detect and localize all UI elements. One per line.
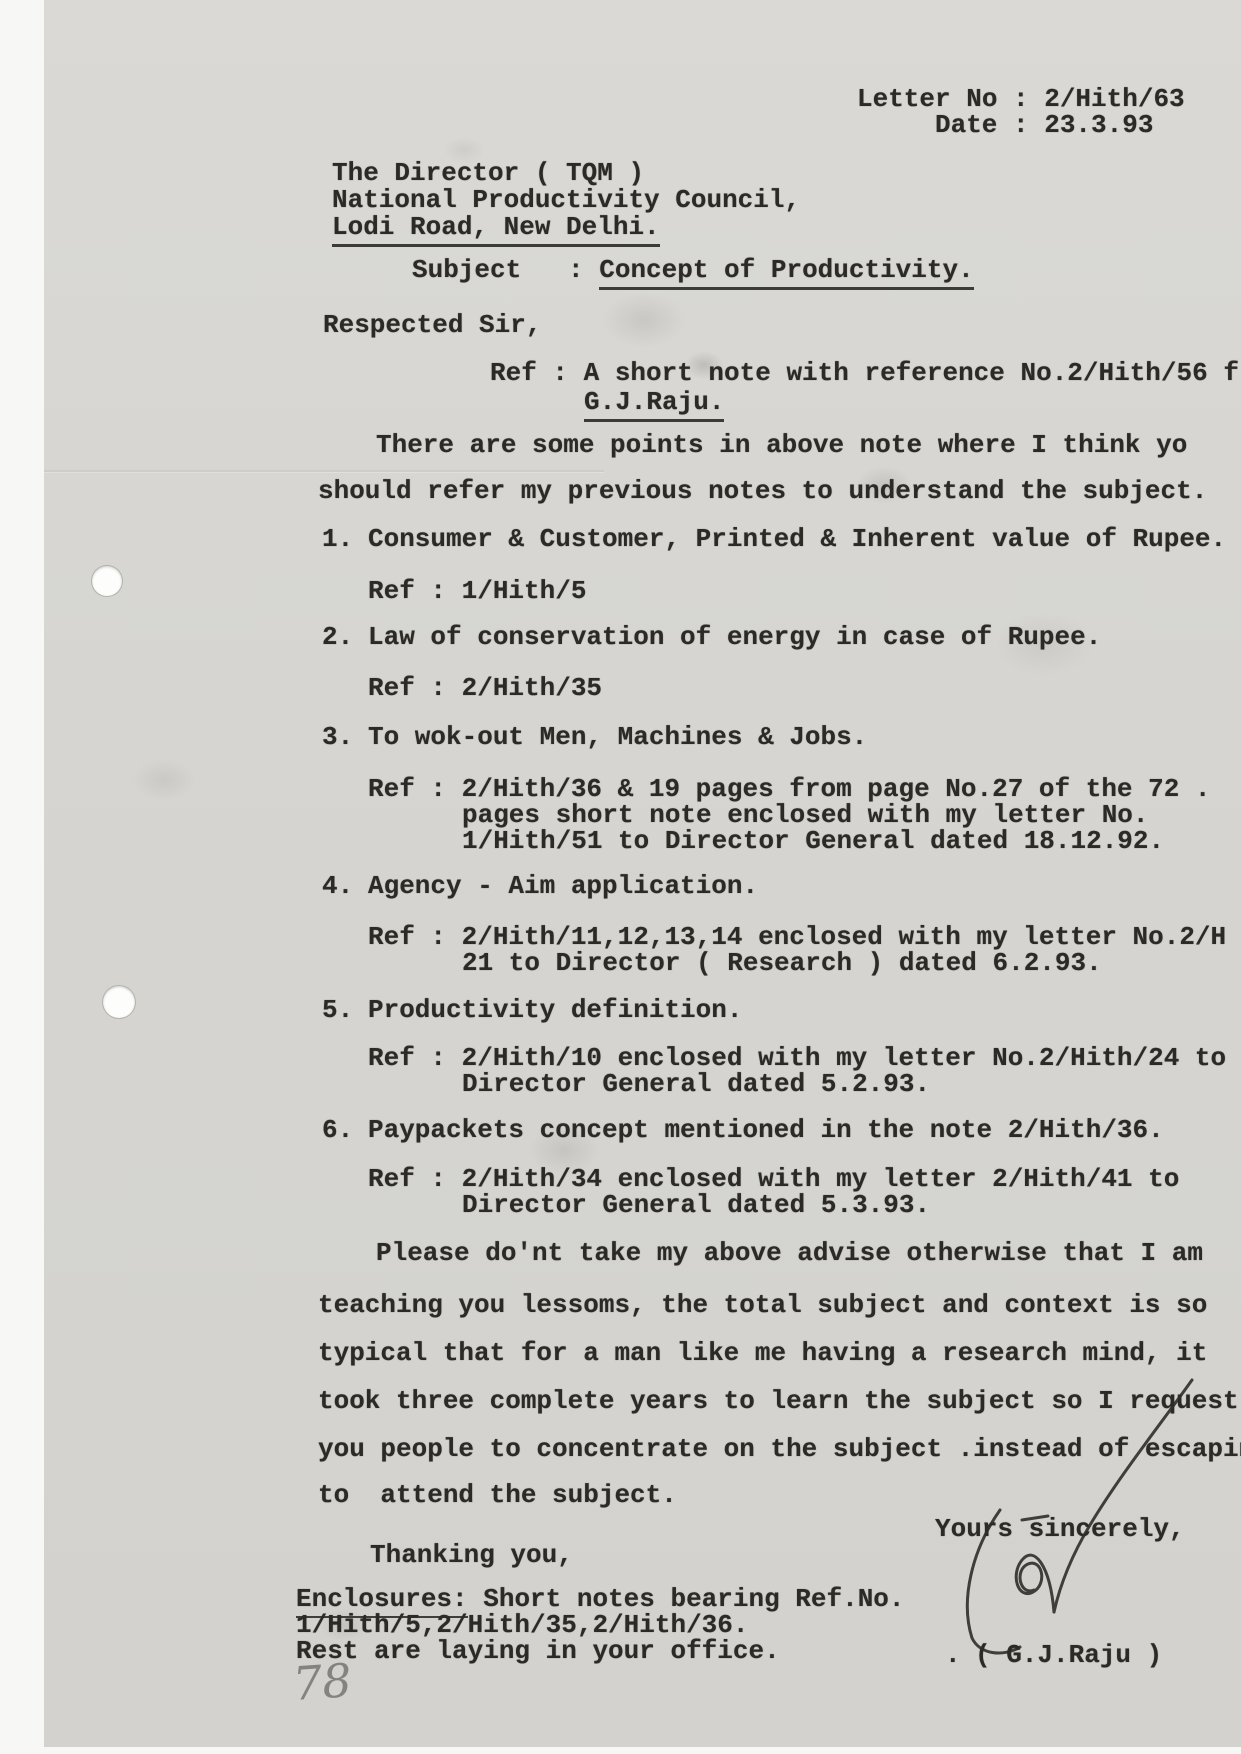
intro-line-2: should refer my previous notes to unders… — [318, 476, 1207, 506]
item-6-ref-2: Director General dated 5.3.93. — [462, 1190, 930, 1220]
recipient-line-1: The Director ( TQM ) — [332, 158, 644, 188]
item-6-title: Paypackets concept mentioned in the note… — [368, 1115, 1164, 1145]
item-3-title: To wok-out Men, Machines & Jobs. — [368, 722, 867, 752]
intro-line-1: There are some points in above note wher… — [376, 430, 1187, 460]
signature-dot: . — [945, 1640, 961, 1670]
subject-line: Subject : Concept of Productivity. — [412, 255, 974, 285]
reference-line-1: Ref : A short note with reference No.2/H… — [490, 358, 1239, 388]
crease-line — [44, 470, 604, 472]
item-2-number: 2. — [322, 622, 353, 652]
subject-text: Concept of Productivity. — [599, 255, 973, 290]
letter-paper: Letter No : 2/Hith/63 Date : 23.3.93 The… — [44, 0, 1241, 1747]
recipient-line-2: National Productivity Council, — [332, 185, 800, 215]
item-2-title: Law of conservation of energy in case of… — [368, 622, 1101, 652]
item-5-ref-2: Director General dated 5.2.93. — [462, 1069, 930, 1099]
closing-line-6: to attend the subject. — [318, 1480, 677, 1510]
subject-label: Subject : — [412, 255, 599, 285]
closing-line-2: teaching you lessoms, the total subject … — [318, 1290, 1207, 1320]
page-number: 78 — [291, 1653, 353, 1711]
reference-line-2: G.J.Raju. — [584, 387, 724, 417]
item-4-number: 4. — [322, 871, 353, 901]
salutation: Respected Sir, — [323, 310, 541, 340]
recipient-underlined: Lodi Road, New Delhi. — [332, 212, 660, 247]
item-1-ref: Ref : 1/Hith/5 — [368, 576, 586, 606]
closing-line-1: Please do'nt take my above advise otherw… — [376, 1238, 1203, 1268]
signature — [930, 1360, 1200, 1660]
item-4-ref-2: 21 to Director ( Research ) dated 6.2.93… — [462, 948, 1102, 978]
thanking-you: Thanking you, — [370, 1540, 573, 1570]
item-6-number: 6. — [322, 1115, 353, 1145]
item-3-ref-3: 1/Hith/51 to Director General dated 18.1… — [462, 826, 1164, 856]
scanned-letter-screenshot: { "letter": { "header": { "letter_no": "… — [0, 0, 1241, 1754]
item-2-ref: Ref : 2/Hith/35 — [368, 673, 602, 703]
item-5-title: Productivity definition. — [368, 995, 742, 1025]
reference-name-underlined: G.J.Raju. — [584, 387, 724, 422]
recipient-line-3: Lodi Road, New Delhi. — [332, 212, 660, 242]
punch-hole-top — [92, 566, 122, 596]
item-1-number: 1. — [322, 524, 353, 554]
signature-name: ( G.J.Raju ) — [975, 1640, 1162, 1670]
item-4-title: Agency - Aim application. — [368, 871, 758, 901]
enclosures-line-3: Rest are laying in your office. — [296, 1636, 780, 1666]
item-1-title: Consumer & Customer, Printed & Inherent … — [368, 524, 1226, 554]
item-3-number: 3. — [322, 722, 353, 752]
punch-hole-bottom — [103, 986, 135, 1018]
item-5-number: 5. — [322, 995, 353, 1025]
letter-date-line: Date : 23.3.93 — [935, 110, 1153, 140]
